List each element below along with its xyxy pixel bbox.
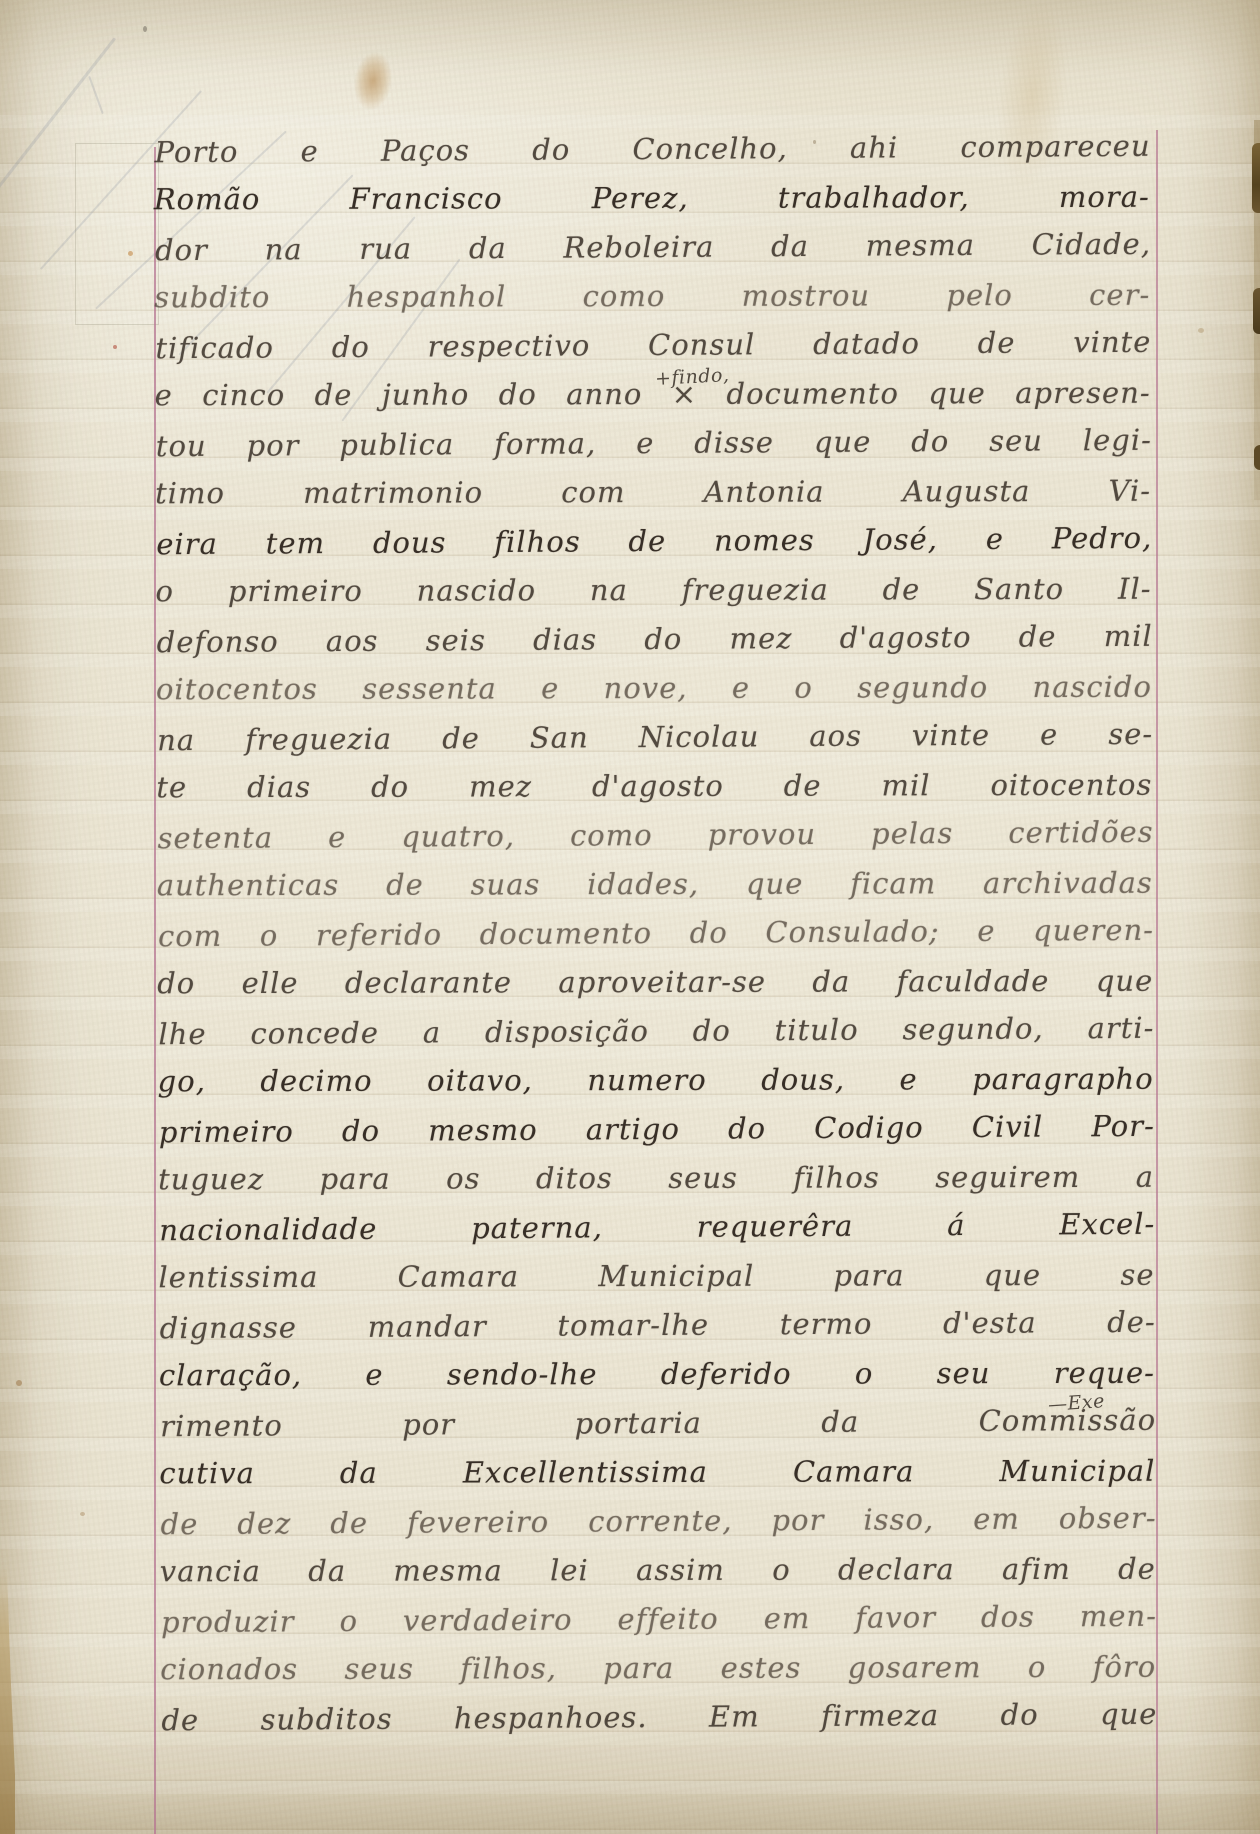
handwritten-line: tificado do respectivo Consul datado de …	[155, 318, 1151, 373]
margin-line-right	[1156, 130, 1158, 1834]
paper-speck	[16, 1380, 22, 1386]
handwritten-line: com o referido documento do Consulado; e…	[158, 906, 1154, 961]
paper-stain-top-center	[349, 48, 397, 115]
handwritten-text-block: Porto e Paços do Concelho, ahi comparece…	[153, 123, 1156, 1744]
paper-speck	[80, 1512, 85, 1516]
handwritten-line: na freguezia de San Nicolau aos vinte e …	[157, 710, 1153, 765]
handwritten-line: o primeiro nascido na freguezia de Santo…	[155, 565, 1151, 617]
handwritten-line: authenticas de suas idades, que ficam ar…	[157, 859, 1153, 911]
handwritten-line: Romão Francisco Perez, trabalhador, mora…	[154, 173, 1150, 225]
manuscript-page: Porto e Paços do Concelho, ahi comparece…	[0, 0, 1260, 1834]
handwritten-line: lentissima Camara Municipal para que se	[158, 1251, 1154, 1303]
interlinear-insertion-findo: +findo,	[654, 364, 729, 390]
handwritten-line: nacionalidade paterna, requerêra á Excel…	[159, 1200, 1155, 1255]
paper-speck	[143, 26, 147, 32]
handwritten-line: defonso aos seis dias do mez d'agosto de…	[157, 612, 1153, 667]
handwritten-line: produzir o verdadeiro effeito em favor d…	[161, 1592, 1157, 1647]
handwritten-line: oitocentos sessenta e nove, e o segundo …	[156, 663, 1152, 715]
handwritten-line: eira tem dous filhos de nomes José, e Pe…	[156, 514, 1152, 569]
handwritten-line: do elle declarante aproveitar-se da facu…	[157, 957, 1153, 1009]
paper-speck	[128, 251, 133, 256]
handwritten-line: tou por publica forma, e disse que do se…	[156, 416, 1152, 471]
handwritten-line: go, decimo oitavo, numero dous, e paragr…	[158, 1055, 1154, 1107]
handwritten-line: de dez de fevereiro corrente, por isso, …	[160, 1494, 1156, 1549]
handwritten-line: dignasse mandar tomar-lhe termo d'esta d…	[160, 1298, 1156, 1353]
handwritten-line: e cinco de junho do anno × documento que…	[155, 369, 1151, 421]
handwritten-line: setenta e quatro, como provou pelas cert…	[157, 808, 1153, 863]
handwritten-line: timo matrimonio com Antonia Augusta Vi-	[155, 467, 1151, 519]
paper-speck	[1198, 328, 1204, 333]
handwritten-line: cutiva da Excellentissima Camara Municip…	[159, 1447, 1155, 1499]
handwritten-line: tuguez para os ditos seus filhos seguire…	[158, 1153, 1154, 1205]
handwritten-line: primeiro do mesmo artigo do Codigo Civil…	[159, 1102, 1155, 1157]
handwritten-line: cionados seus filhos, para estes gosarem…	[160, 1643, 1156, 1695]
binding-stitch	[1253, 288, 1260, 334]
paper-edge-bottom-left	[0, 1565, 15, 1834]
handwritten-line: te dias do mez d'agosto de mil oitocento…	[156, 761, 1152, 813]
interlinear-insertion-exe: —Exe	[1047, 1390, 1105, 1416]
showthrough-box-outline	[75, 143, 159, 325]
handwritten-line: dor na rua da Reboleira da mesma Cidade,	[155, 220, 1151, 275]
handwritten-line: de subditos hespanhoes. Em firmeza do qu…	[161, 1690, 1157, 1745]
paper-speck	[113, 345, 117, 349]
binding-stitch	[1254, 445, 1260, 470]
handwritten-line: claração, e sendo-lhe deferido o seu req…	[159, 1349, 1155, 1401]
handwritten-line: Porto e Paços do Concelho, ahi comparece…	[154, 122, 1150, 177]
handwritten-line: subdito hespanhol como mostrou pelo cer-	[154, 271, 1150, 323]
binding-stitch	[1252, 143, 1260, 213]
handwritten-line: vancia da mesma lei assim o declara afim…	[160, 1545, 1156, 1597]
handwritten-line: rimento por portaria da Commissão	[160, 1396, 1156, 1451]
handwritten-line: lhe concede a disposição do titulo segun…	[158, 1004, 1154, 1059]
